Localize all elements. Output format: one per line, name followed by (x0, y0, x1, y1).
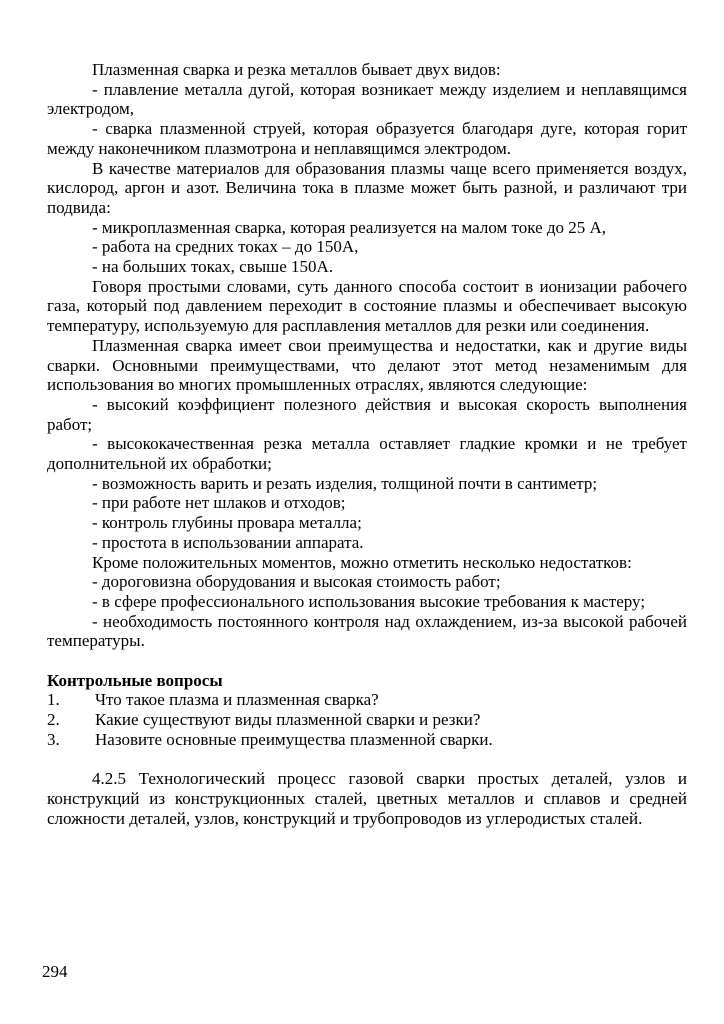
question-item: 2. Какие существуют виды плазменной свар… (47, 710, 687, 730)
paragraph-intro: Плазменная сварка и резка металлов бывае… (47, 60, 687, 80)
paragraph-essence: Говоря простыми словами, суть данного сп… (47, 277, 687, 336)
paragraph-list-item: - дороговизна оборудования и высокая сто… (47, 572, 687, 592)
page-body: Плазменная сварка и резка металлов бывае… (47, 60, 687, 828)
question-item: 3. Назовите основные преимущества плазме… (47, 730, 687, 750)
paragraph-list-item: - контроль глубины провара металла; (47, 513, 687, 533)
paragraph-list-item: - простота в использовании аппарата. (47, 533, 687, 553)
question-number: 2. (47, 710, 95, 730)
paragraph-list-item: - высокий коэффициент полезного действия… (47, 395, 687, 434)
question-text: Назовите основные преимущества плазменно… (95, 730, 687, 750)
page-number: 294 (42, 962, 68, 981)
section-paragraph: 4.2.5 Технологический процесс газовой св… (47, 769, 687, 828)
paragraph-list-item: - работа на средних токах – до 150А, (47, 237, 687, 257)
question-number: 1. (47, 690, 95, 710)
paragraph-list-item: - плавление металла дугой, которая возни… (47, 80, 687, 119)
paragraph-list-item: - при работе нет шлаков и отходов; (47, 493, 687, 513)
question-number: 3. (47, 730, 95, 750)
paragraph-materials: В качестве материалов для образования пл… (47, 159, 687, 218)
question-text: Какие существуют виды плазменной сварки … (95, 710, 687, 730)
paragraph-list-item: - на больших токах, свыше 150А. (47, 257, 687, 277)
paragraph-list-item: - сварка плазменной струей, которая обра… (47, 119, 687, 158)
document-page: Плазменная сварка и резка металлов бывае… (0, 0, 724, 1024)
paragraph-drawbacks-intro: Кроме положительных моментов, можно отме… (47, 553, 687, 573)
paragraph-list-item: - возможность варить и резать изделия, т… (47, 474, 687, 494)
paragraph-list-item: - необходимость постоянного контроля над… (47, 612, 687, 651)
questions-heading: Контрольные вопросы (47, 671, 687, 691)
page-footer: 294 (42, 962, 68, 982)
question-text: Что такое плазма и плазменная сварка? (95, 690, 687, 710)
paragraph-list-item: - высококачественная резка металла остав… (47, 434, 687, 473)
paragraph-advantages-intro: Плазменная сварка имеет свои преимуществ… (47, 336, 687, 395)
paragraph-list-item: - в сфере профессионального использовани… (47, 592, 687, 612)
paragraph-list-item: - микроплазменная сварка, которая реализ… (47, 218, 687, 238)
question-item: 1. Что такое плазма и плазменная сварка? (47, 690, 687, 710)
